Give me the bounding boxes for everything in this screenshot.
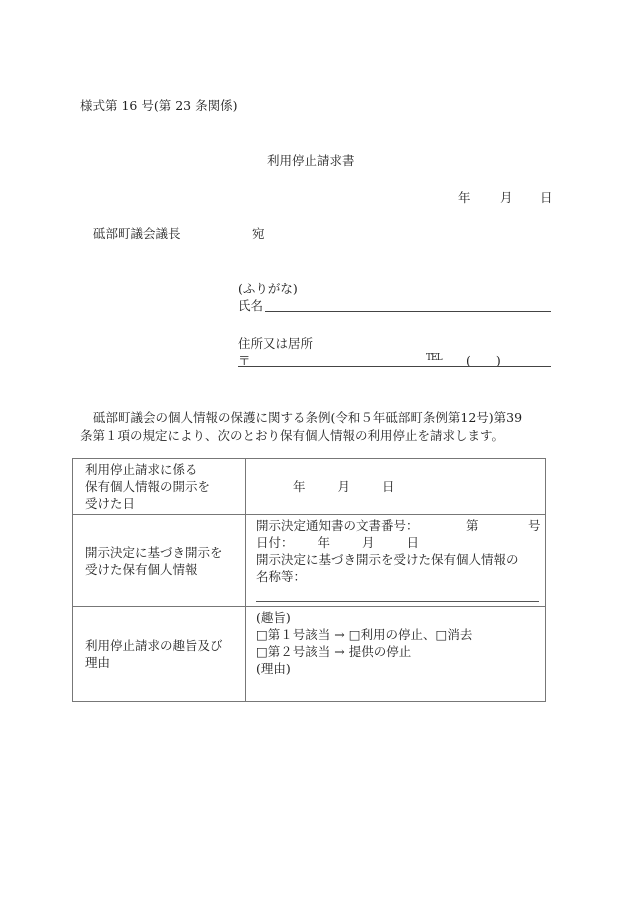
table-row-disclosure-date: 利用停止請求に係る 保有個人情報の開示を 受けた日 年 月 日	[73, 459, 546, 515]
address-field-line[interactable]	[238, 366, 551, 367]
addressee-suffix: 宛	[252, 224, 265, 242]
body-line-1: 砥部町議会の個人情報の保護に関する条例(令和５年砥部町条例第12号)第39	[93, 408, 522, 426]
option-clause-2[interactable]: □第２号該当 → 提供の停止	[256, 643, 539, 660]
purpose-reason-field[interactable]: (趣旨) □第１号該当 → □利用の停止、□消去 □第２号該当 → 提供の停止 …	[246, 607, 546, 702]
table-row-purpose-reason: 利用停止請求の趣旨及び 理由 (趣旨) □第１号該当 → □利用の停止、□消去 …	[73, 607, 546, 702]
address-label: 住所又は居所	[238, 334, 313, 352]
tel-label: TEL	[426, 353, 442, 363]
name-field-line[interactable]	[265, 311, 551, 312]
name-label: 氏名	[238, 296, 263, 314]
disclosed-info-field[interactable]: 開示決定通知書の文書番号： 第 号 日付： 年 月 日 開示決定に基づき開示を受…	[246, 515, 546, 607]
option-clause-1[interactable]: □第１号該当 → □利用の停止、□消去	[256, 626, 539, 643]
body-line-2: 条第１項の規定により、次のとおり保有個人情報の利用停止を請求します。	[80, 426, 504, 444]
furigana-label: (ふりがな)	[238, 279, 298, 297]
form-number: 様式第 16 号(第 23 条関係)	[80, 96, 237, 114]
row-label: 利用停止請求に係る 保有個人情報の開示を 受けた日	[73, 459, 246, 515]
info-name-line	[256, 601, 539, 602]
date-month: 月	[500, 188, 513, 206]
row-label: 利用停止請求の趣旨及び 理由	[73, 607, 246, 702]
date-year: 年	[458, 188, 471, 206]
table-row-disclosed-info: 開示決定に基づき開示を 受けた保有個人情報 開示決定通知書の文書番号： 第 号 …	[73, 515, 546, 607]
document-title: 利用停止請求書	[267, 151, 355, 169]
date-day: 日	[540, 188, 553, 206]
disclosure-date-field[interactable]: 年 月 日	[246, 459, 546, 515]
row-label: 開示決定に基づき開示を 受けた保有個人情報	[73, 515, 246, 607]
addressee-name: 砥部町議会議長	[93, 224, 181, 242]
request-table: 利用停止請求に係る 保有個人情報の開示を 受けた日 年 月 日 開示決定に基づき…	[72, 458, 546, 702]
